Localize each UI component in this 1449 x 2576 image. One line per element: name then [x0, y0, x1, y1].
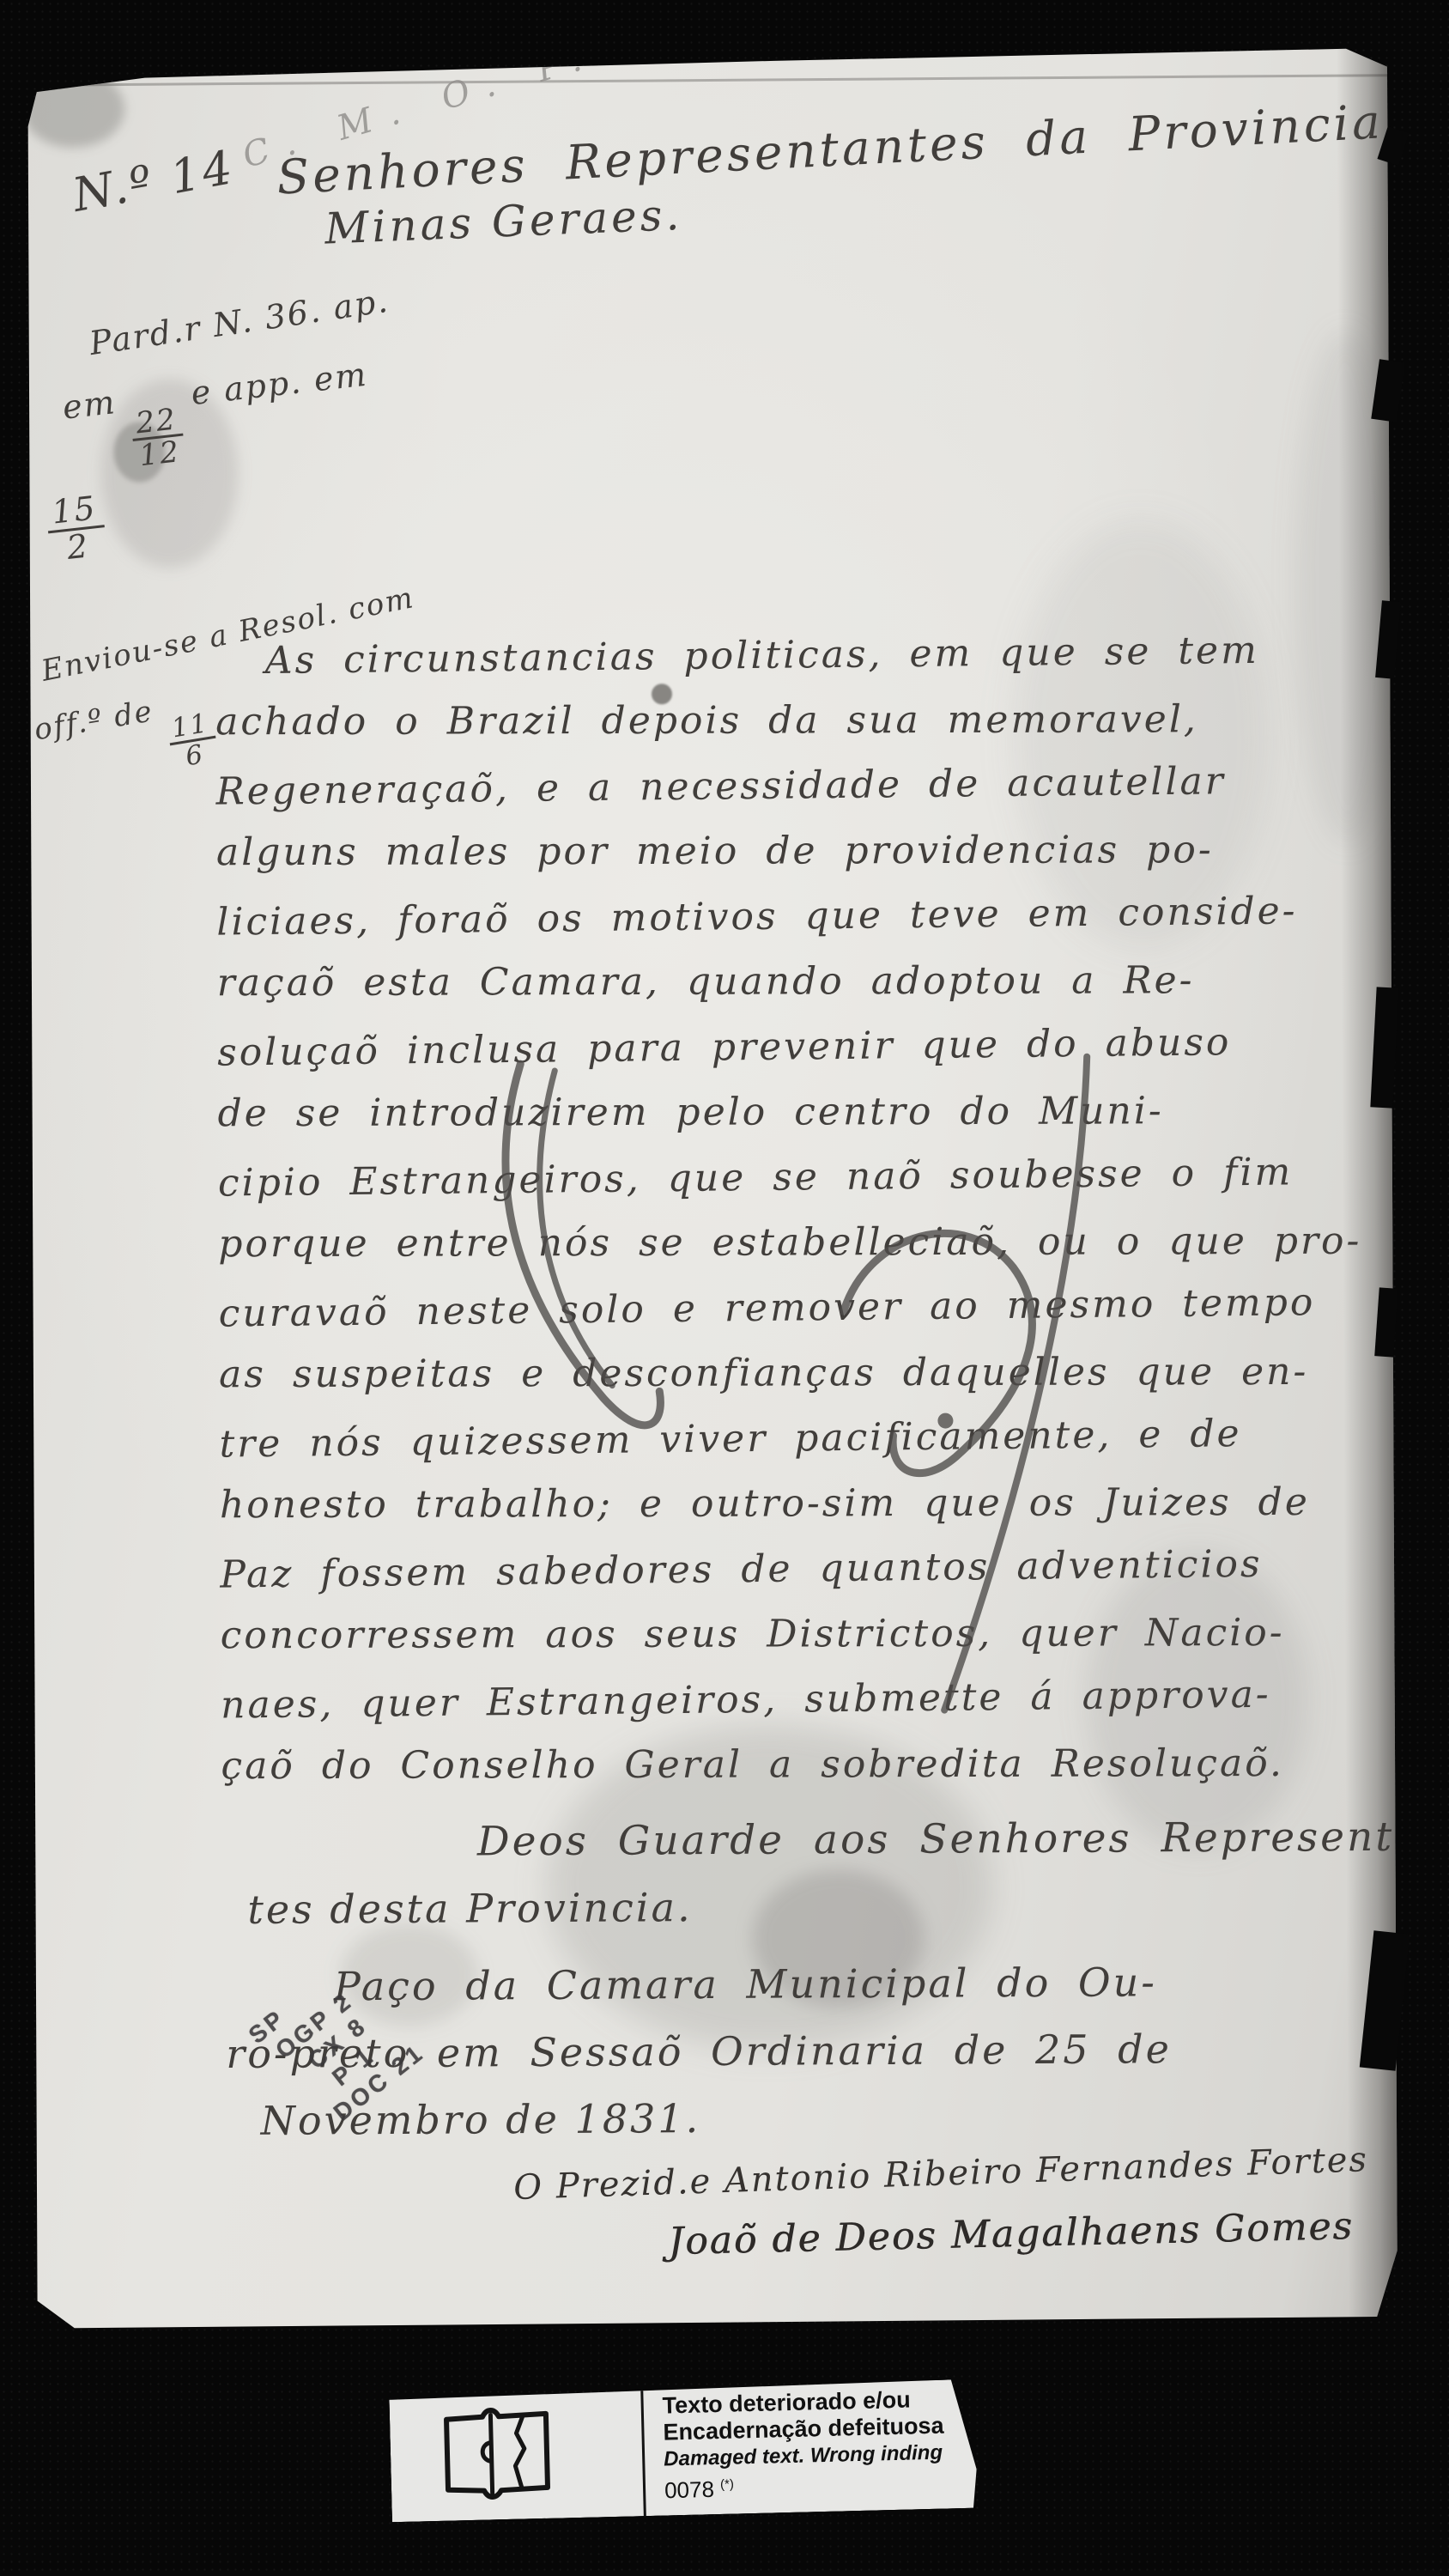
margin-note: Pard.r N. 36. ap.: [87, 282, 391, 362]
margin-note: 152: [41, 461, 108, 566]
manuscript-line: As circunstancias politicas, em que se t…: [215, 617, 1383, 694]
closing-line: Deos Guarde aos Senhores Representan-: [477, 1813, 1449, 1865]
damaged-book-icon: [440, 2403, 555, 2504]
margin-note-text: off.º de: [32, 694, 156, 747]
margin-note: em 2212 e app. em: [61, 355, 375, 478]
manuscript-line: Regeneraçaõ, e a necessidade de acautell…: [215, 747, 1384, 824]
manuscript-line: liciaes, foraõ os motivos que teve em co…: [216, 878, 1385, 955]
label-text: Texto deteriorado e/ou Encadernação defe…: [662, 2386, 945, 2505]
pencil-flourish: [439, 992, 1147, 1751]
edge-tear: [1374, 1287, 1398, 1357]
margin-note: off.º de 116: [32, 684, 220, 793]
signature: Joaõ de Deos Magalhaens Gomes: [668, 2204, 1355, 2263]
manuscript-line: achado o Brazil depois da sua memoravel,: [215, 687, 1383, 756]
margin-note-text: em: [61, 383, 118, 427]
scan-background: C. M. O. P. N.º 14 Senhores Representant…: [0, 0, 1449, 2576]
label-number: 0078 (*): [664, 2466, 946, 2505]
condition-label: Texto deteriorado e/ou Encadernação defe…: [389, 2379, 977, 2523]
paper-crease: [21, 74, 1390, 87]
signature: O Prezid.e Antonio Ribeiro Fernandes For…: [513, 2140, 1369, 2208]
date-fraction: 152: [45, 493, 108, 566]
dateline: Paço da Camara Municipal do Ou-: [334, 1959, 1157, 2009]
date-fraction: 2212: [129, 404, 186, 471]
manuscript-line: alguns males por meio de providencias po…: [216, 817, 1384, 886]
closing-line: tes desta Provincia.: [247, 1884, 693, 1933]
date-fraction: 116: [166, 710, 221, 772]
paper-stain: [21, 70, 124, 149]
label-divider: [640, 2387, 646, 2516]
document-number: N.º 14: [69, 140, 239, 222]
margin-note-text: e app. em: [189, 355, 369, 412]
manuscript-page: C. M. O. P. N.º 14 Senhores Representant…: [21, 46, 1402, 2330]
